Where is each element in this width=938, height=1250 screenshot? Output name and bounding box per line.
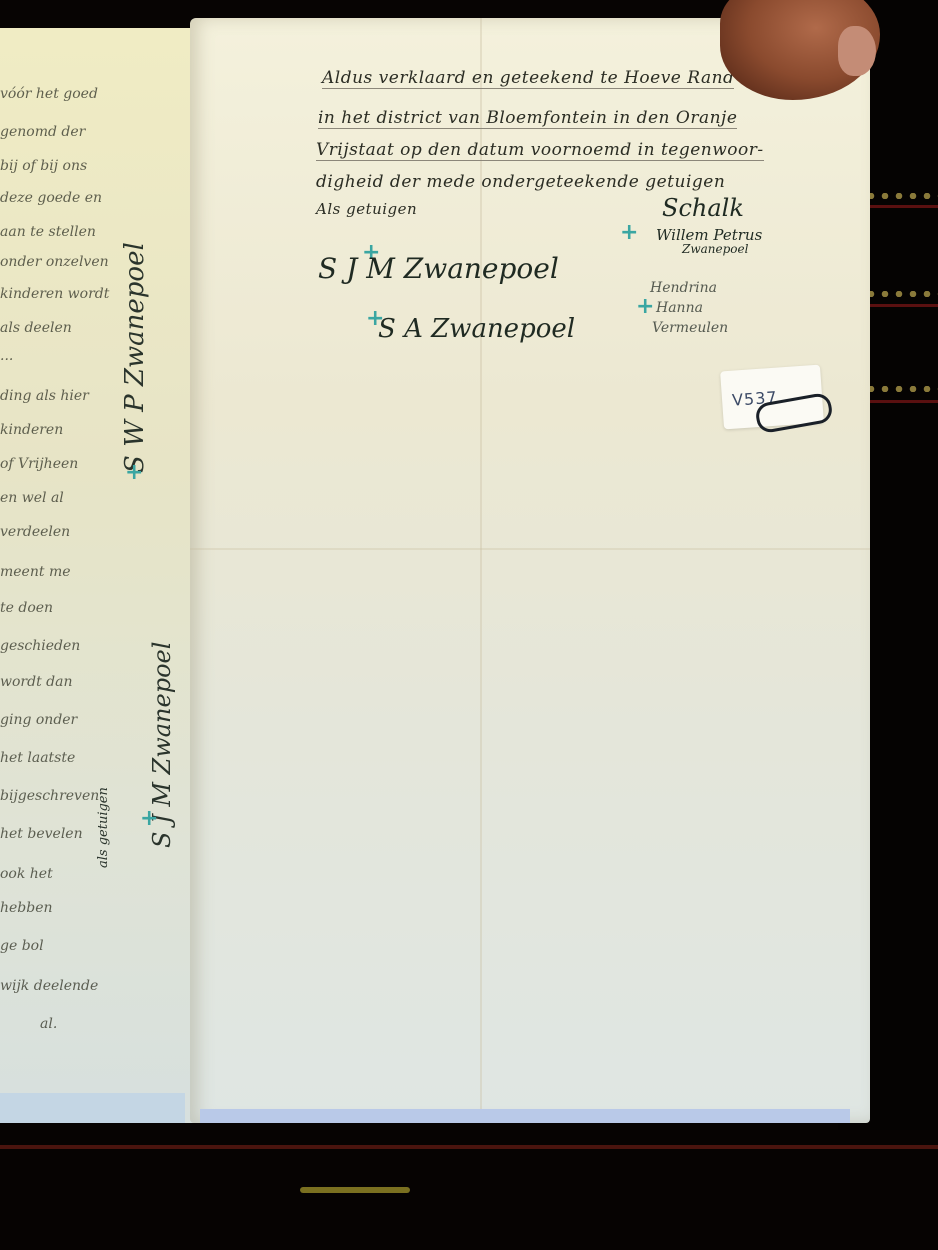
- declaration-line: Aldus verklaard en geteekend te Hoeve Ra…: [322, 68, 734, 89]
- page-edge: [200, 1109, 850, 1123]
- witness-signature: Hanna: [656, 300, 703, 316]
- left-page-line: als deelen: [0, 320, 120, 336]
- witness-signature: Hendrina: [650, 280, 717, 296]
- left-page-line: bij of bij ons: [0, 158, 120, 174]
- left-page-line: wordt dan: [0, 674, 120, 690]
- witness-signature: Schalk: [662, 194, 744, 222]
- left-page-line: vóór het goed: [0, 86, 120, 102]
- left-page-line: hebben: [0, 900, 120, 916]
- left-page-line: kinderen: [0, 422, 120, 438]
- cross-mark-icon: +: [140, 806, 158, 831]
- left-page-line: het laatste: [0, 750, 120, 766]
- cross-mark-icon: +: [620, 220, 638, 245]
- left-page-line: genomd der: [0, 124, 120, 140]
- left-page-line: ge bol: [0, 938, 120, 954]
- signatory-signature: S J M Zwanepoel: [318, 252, 559, 285]
- cross-mark-icon: +: [636, 294, 654, 319]
- page-edge: [0, 1093, 185, 1123]
- page-fold: [190, 548, 870, 550]
- declaration-line: in het district van Bloemfontein in den …: [318, 108, 737, 129]
- witnesses-heading: Als getuigen: [316, 200, 417, 218]
- left-page-line: al.: [40, 1016, 160, 1032]
- left-page: vóór het goed genomd der bij of bij ons …: [0, 28, 205, 1123]
- left-page-line: ook het: [0, 866, 120, 882]
- left-page-line: wijk deelende: [0, 978, 120, 994]
- table-highlight: [300, 1187, 410, 1193]
- witness-signature: Zwanepoel: [682, 242, 748, 256]
- left-page-line: te doen: [0, 600, 120, 616]
- margin-witness-note: als getuigen: [96, 787, 111, 868]
- margin-signature: S W P Zwanepoel: [120, 242, 150, 473]
- thumbnail: [838, 26, 876, 76]
- witness-signature: Vermeulen: [652, 320, 728, 336]
- cross-mark-icon: +: [125, 460, 143, 485]
- left-page-line: of Vrijheen: [0, 456, 120, 472]
- signatory-signature: S A Zwanepoel: [378, 314, 575, 344]
- left-page-line: verdeelen: [0, 524, 120, 540]
- left-page-line: deze goede en: [0, 190, 120, 206]
- table-trim: [0, 1145, 938, 1149]
- left-page-line: kinderen wordt: [0, 286, 120, 302]
- shelf-decoration: [870, 205, 938, 208]
- shelf-decoration: [870, 400, 938, 403]
- left-page-line: ding als hier: [0, 388, 120, 404]
- shelf-decoration: [870, 304, 938, 307]
- left-page-line: meent me: [0, 564, 120, 580]
- declaration-line: Vrijstaat op den datum voornoemd in tege…: [316, 140, 764, 161]
- left-page-line: geschieden: [0, 638, 120, 654]
- left-page-line: aan te stellen: [0, 224, 120, 240]
- left-page-line: ...: [0, 348, 120, 364]
- left-page-line: en wel al: [0, 490, 120, 506]
- left-page-line: onder onzelven: [0, 254, 120, 270]
- left-page-line: ging onder: [0, 712, 120, 728]
- declaration-line: digheid der mede ondergeteekende getuige…: [316, 172, 725, 192]
- table-edge: [0, 1130, 938, 1250]
